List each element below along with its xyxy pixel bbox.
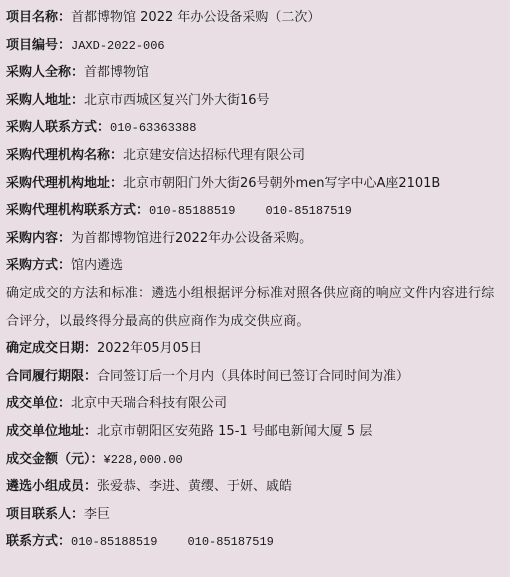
contact-phone-row: 联系方式：010-85188519010-85187519 (6, 528, 506, 556)
purchaser-name-label: 采购人全称： (6, 65, 84, 80)
contact-phone-label: 联系方式： (6, 534, 71, 549)
agency-address-label: 采购代理机构地址： (6, 176, 123, 191)
agency-address-value: 北京市朝阳门外大街26号朝外men写字中心A座2101B (123, 176, 440, 191)
amount-label: 成交金额（元）： (6, 452, 104, 467)
purchaser-address-row: 采购人地址：北京市西城区复兴门外大街16号 (6, 87, 506, 115)
agency-phone-1: 010-85188519 (149, 204, 235, 218)
project-name-label: 项目名称： (6, 10, 71, 25)
agency-contact-row: 采购代理机构联系方式：010-85188519010-85187519 (6, 197, 506, 225)
contact-phone-2: 010-85187519 (187, 535, 273, 549)
contract-term-label: 合同履行期限： (6, 369, 97, 384)
panel-value: 张爱恭、李进、黄缨、于妍、戚皓 (97, 479, 292, 494)
panel-label: 遴选小组成员： (6, 479, 97, 494)
agency-name-row: 采购代理机构名称：北京建安信达招标代理有限公司 (6, 142, 506, 170)
purchaser-contact-value: 010-63363388 (110, 121, 196, 135)
method-row: 采购方式：馆内遴选 (6, 252, 506, 280)
agency-name-label: 采购代理机构名称： (6, 148, 123, 163)
winner-row: 成交单位：北京中天瑞合科技有限公司 (6, 390, 506, 418)
method-label: 采购方式： (6, 258, 71, 273)
content-value: 为首都博物馆进行2022年办公设备采购。 (71, 231, 312, 246)
purchaser-contact-label: 采购人联系方式： (6, 120, 110, 135)
deal-date-row: 确定成交日期：2022年05月05日 (6, 335, 506, 363)
panel-row: 遴选小组成员：张爱恭、李进、黄缨、于妍、戚皓 (6, 473, 506, 501)
project-name-row: 项目名称：首都博物馆 2022 年办公设备采购（二次） (6, 4, 506, 32)
method-value: 馆内遴选 (71, 258, 123, 273)
project-name-value: 首都博物馆 2022 年办公设备采购（二次） (71, 10, 320, 25)
agency-address-row: 采购代理机构地址：北京市朝阳门外大街26号朝外men写字中心A座2101B (6, 170, 506, 198)
winner-address-label: 成交单位地址： (6, 424, 97, 439)
project-contact-label: 项目联系人： (6, 507, 84, 522)
deal-date-label: 确定成交日期： (6, 341, 97, 356)
winner-address-value: 北京市朝阳区安苑路 15-1 号邮电新闻大厦 5 层 (97, 424, 372, 439)
purchaser-contact-row: 采购人联系方式：010-63363388 (6, 114, 506, 142)
contact-phone-1: 010-85188519 (71, 535, 157, 549)
winner-address-row: 成交单位地址：北京市朝阳区安苑路 15-1 号邮电新闻大厦 5 层 (6, 418, 506, 446)
project-no-label: 项目编号： (6, 38, 71, 53)
project-no-row: 项目编号：JAXD-2022-006 (6, 32, 506, 60)
contract-term-row: 合同履行期限：合同签订后一个月内（具体时间已签订合同时间为准） (6, 363, 506, 391)
amount-row: 成交金额（元）：¥228,000.00 (6, 446, 506, 474)
content-label: 采购内容： (6, 231, 71, 246)
purchaser-address-value: 北京市西城区复兴门外大街16号 (84, 93, 270, 108)
purchaser-address-label: 采购人地址： (6, 93, 84, 108)
project-contact-value: 李巨 (84, 507, 110, 522)
procurement-result-document: 项目名称：首都博物馆 2022 年办公设备采购（二次） 项目编号：JAXD-20… (0, 0, 506, 556)
criteria-paragraph: 确定成交的方法和标准：遴选小组根据评分标准对照各供应商的响应文件内容进行综合评分… (6, 280, 506, 335)
deal-date-value: 2022年05月05日 (97, 341, 202, 356)
purchaser-name-value: 首都博物馆 (84, 65, 149, 80)
amount-value: ¥228,000.00 (104, 453, 183, 467)
project-no-value: JAXD-2022-006 (71, 39, 165, 53)
agency-contact-label: 采购代理机构联系方式： (6, 203, 149, 218)
winner-label: 成交单位： (6, 396, 71, 411)
purchaser-name-row: 采购人全称：首都博物馆 (6, 59, 506, 87)
contract-term-value: 合同签订后一个月内（具体时间已签订合同时间为准） (97, 369, 409, 384)
content-row: 采购内容：为首都博物馆进行2022年办公设备采购。 (6, 225, 506, 253)
winner-value: 北京中天瑞合科技有限公司 (71, 396, 227, 411)
agency-name-value: 北京建安信达招标代理有限公司 (123, 148, 305, 163)
agency-phone-2: 010-85187519 (265, 204, 351, 218)
project-contact-row: 项目联系人：李巨 (6, 501, 506, 529)
